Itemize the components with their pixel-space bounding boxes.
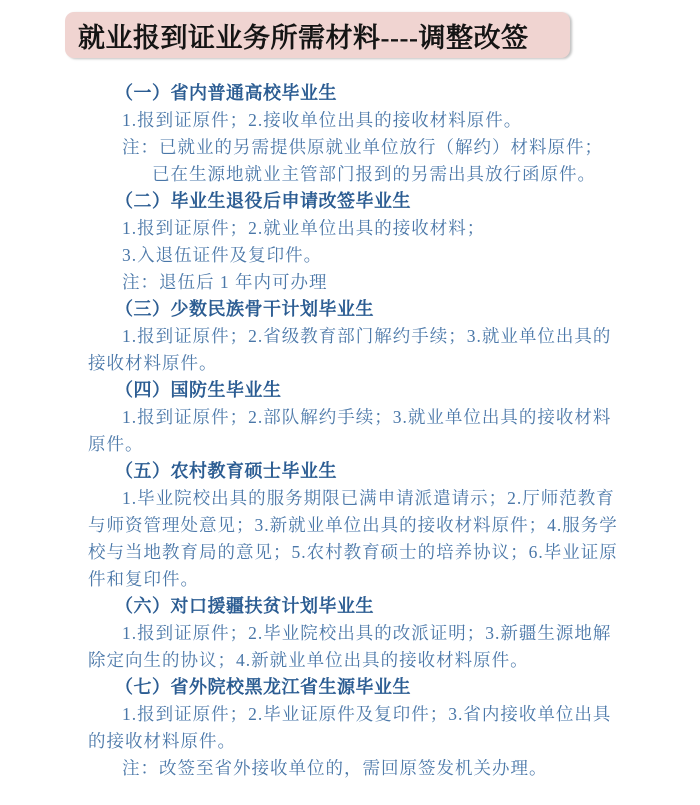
- text-line: 注：改签至省外接收单位的，需回原签发机关办理。: [122, 755, 672, 782]
- text-line: 1.报到证原件；2.接收单位出具的接收材料原件。: [122, 107, 672, 134]
- section-4: （四）国防生毕业生1.报到证原件；2.部队解约手续；3.就业单位出具的接收材料原…: [88, 377, 672, 458]
- document-body: （一）省内普通高校毕业生1.报到证原件；2.接收单位出具的接收材料原件。注：已就…: [0, 80, 700, 782]
- section-2-heading: （二）毕业生退役后申请改签毕业生: [115, 188, 672, 215]
- text-line: 原件。: [88, 431, 672, 458]
- section-6: （六）对口援疆扶贫计划毕业生1.报到证原件；2.毕业院校出具的改派证明；3.新疆…: [88, 593, 672, 674]
- section-4-heading: （四）国防生毕业生: [115, 377, 672, 404]
- text-line: 1.报到证原件；2.就业单位出具的接收材料；: [122, 215, 672, 242]
- section-7: （七）省外院校黑龙江省生源毕业生1.报到证原件；2.毕业证原件及复印件；3.省内…: [88, 674, 672, 782]
- text-line: 校与当地教育局的意见；5.农村教育硕士的培养协议；6.毕业证原: [88, 539, 672, 566]
- section-5-heading: （五）农村教育硕士毕业生: [115, 458, 672, 485]
- text-line: 注：已就业的另需提供原就业单位放行（解约）材料原件；: [122, 134, 672, 161]
- text-line: 与师资管理处意见；3.新就业单位出具的接收材料原件；4.服务学: [88, 512, 672, 539]
- text-line: 除定向生的协议；4.新就业单位出具的接收材料原件。: [88, 647, 672, 674]
- section-1-heading: （一）省内普通高校毕业生: [115, 80, 672, 107]
- section-7-heading: （七）省外院校黑龙江省生源毕业生: [115, 674, 672, 701]
- text-line: 3.入退伍证件及复印件。: [122, 242, 672, 269]
- text-line: 1.报到证原件；2.毕业院校出具的改派证明；3.新疆生源地解: [122, 620, 672, 647]
- section-6-heading: （六）对口援疆扶贫计划毕业生: [115, 593, 672, 620]
- text-line: 件和复印件。: [88, 566, 672, 593]
- section-5: （五）农村教育硕士毕业生1.毕业院校出具的服务期限已满申请派遣请示；2.厅师范教…: [88, 458, 672, 593]
- text-line: 1.报到证原件；2.毕业证原件及复印件；3.省内接收单位出具: [122, 701, 672, 728]
- section-2: （二）毕业生退役后申请改签毕业生1.报到证原件；2.就业单位出具的接收材料；3.…: [88, 188, 672, 296]
- text-line: 接收材料原件。: [88, 350, 672, 377]
- section-1: （一）省内普通高校毕业生1.报到证原件；2.接收单位出具的接收材料原件。注：已就…: [88, 80, 672, 188]
- text-line: 1.报到证原件；2.部队解约手续；3.就业单位出具的接收材料: [122, 404, 672, 431]
- section-3-heading: （三）少数民族骨干计划毕业生: [115, 296, 672, 323]
- text-line: 的接收材料原件。: [88, 728, 672, 755]
- document-title: 就业报到证业务所需材料----调整改签: [78, 16, 528, 55]
- text-line: 注：退伍后 1 年内可办理: [122, 269, 672, 296]
- section-3: （三）少数民族骨干计划毕业生1.报到证原件；2.省级教育部门解约手续；3.就业单…: [88, 296, 672, 377]
- text-line: 已在生源地就业主管部门报到的另需出具放行函原件。: [152, 161, 672, 188]
- text-line: 1.毕业院校出具的服务期限已满申请派遣请示；2.厅师范教育: [122, 485, 672, 512]
- title-banner: 就业报到证业务所需材料----调整改签: [65, 12, 570, 58]
- text-line: 1.报到证原件；2.省级教育部门解约手续；3.就业单位出具的: [122, 323, 672, 350]
